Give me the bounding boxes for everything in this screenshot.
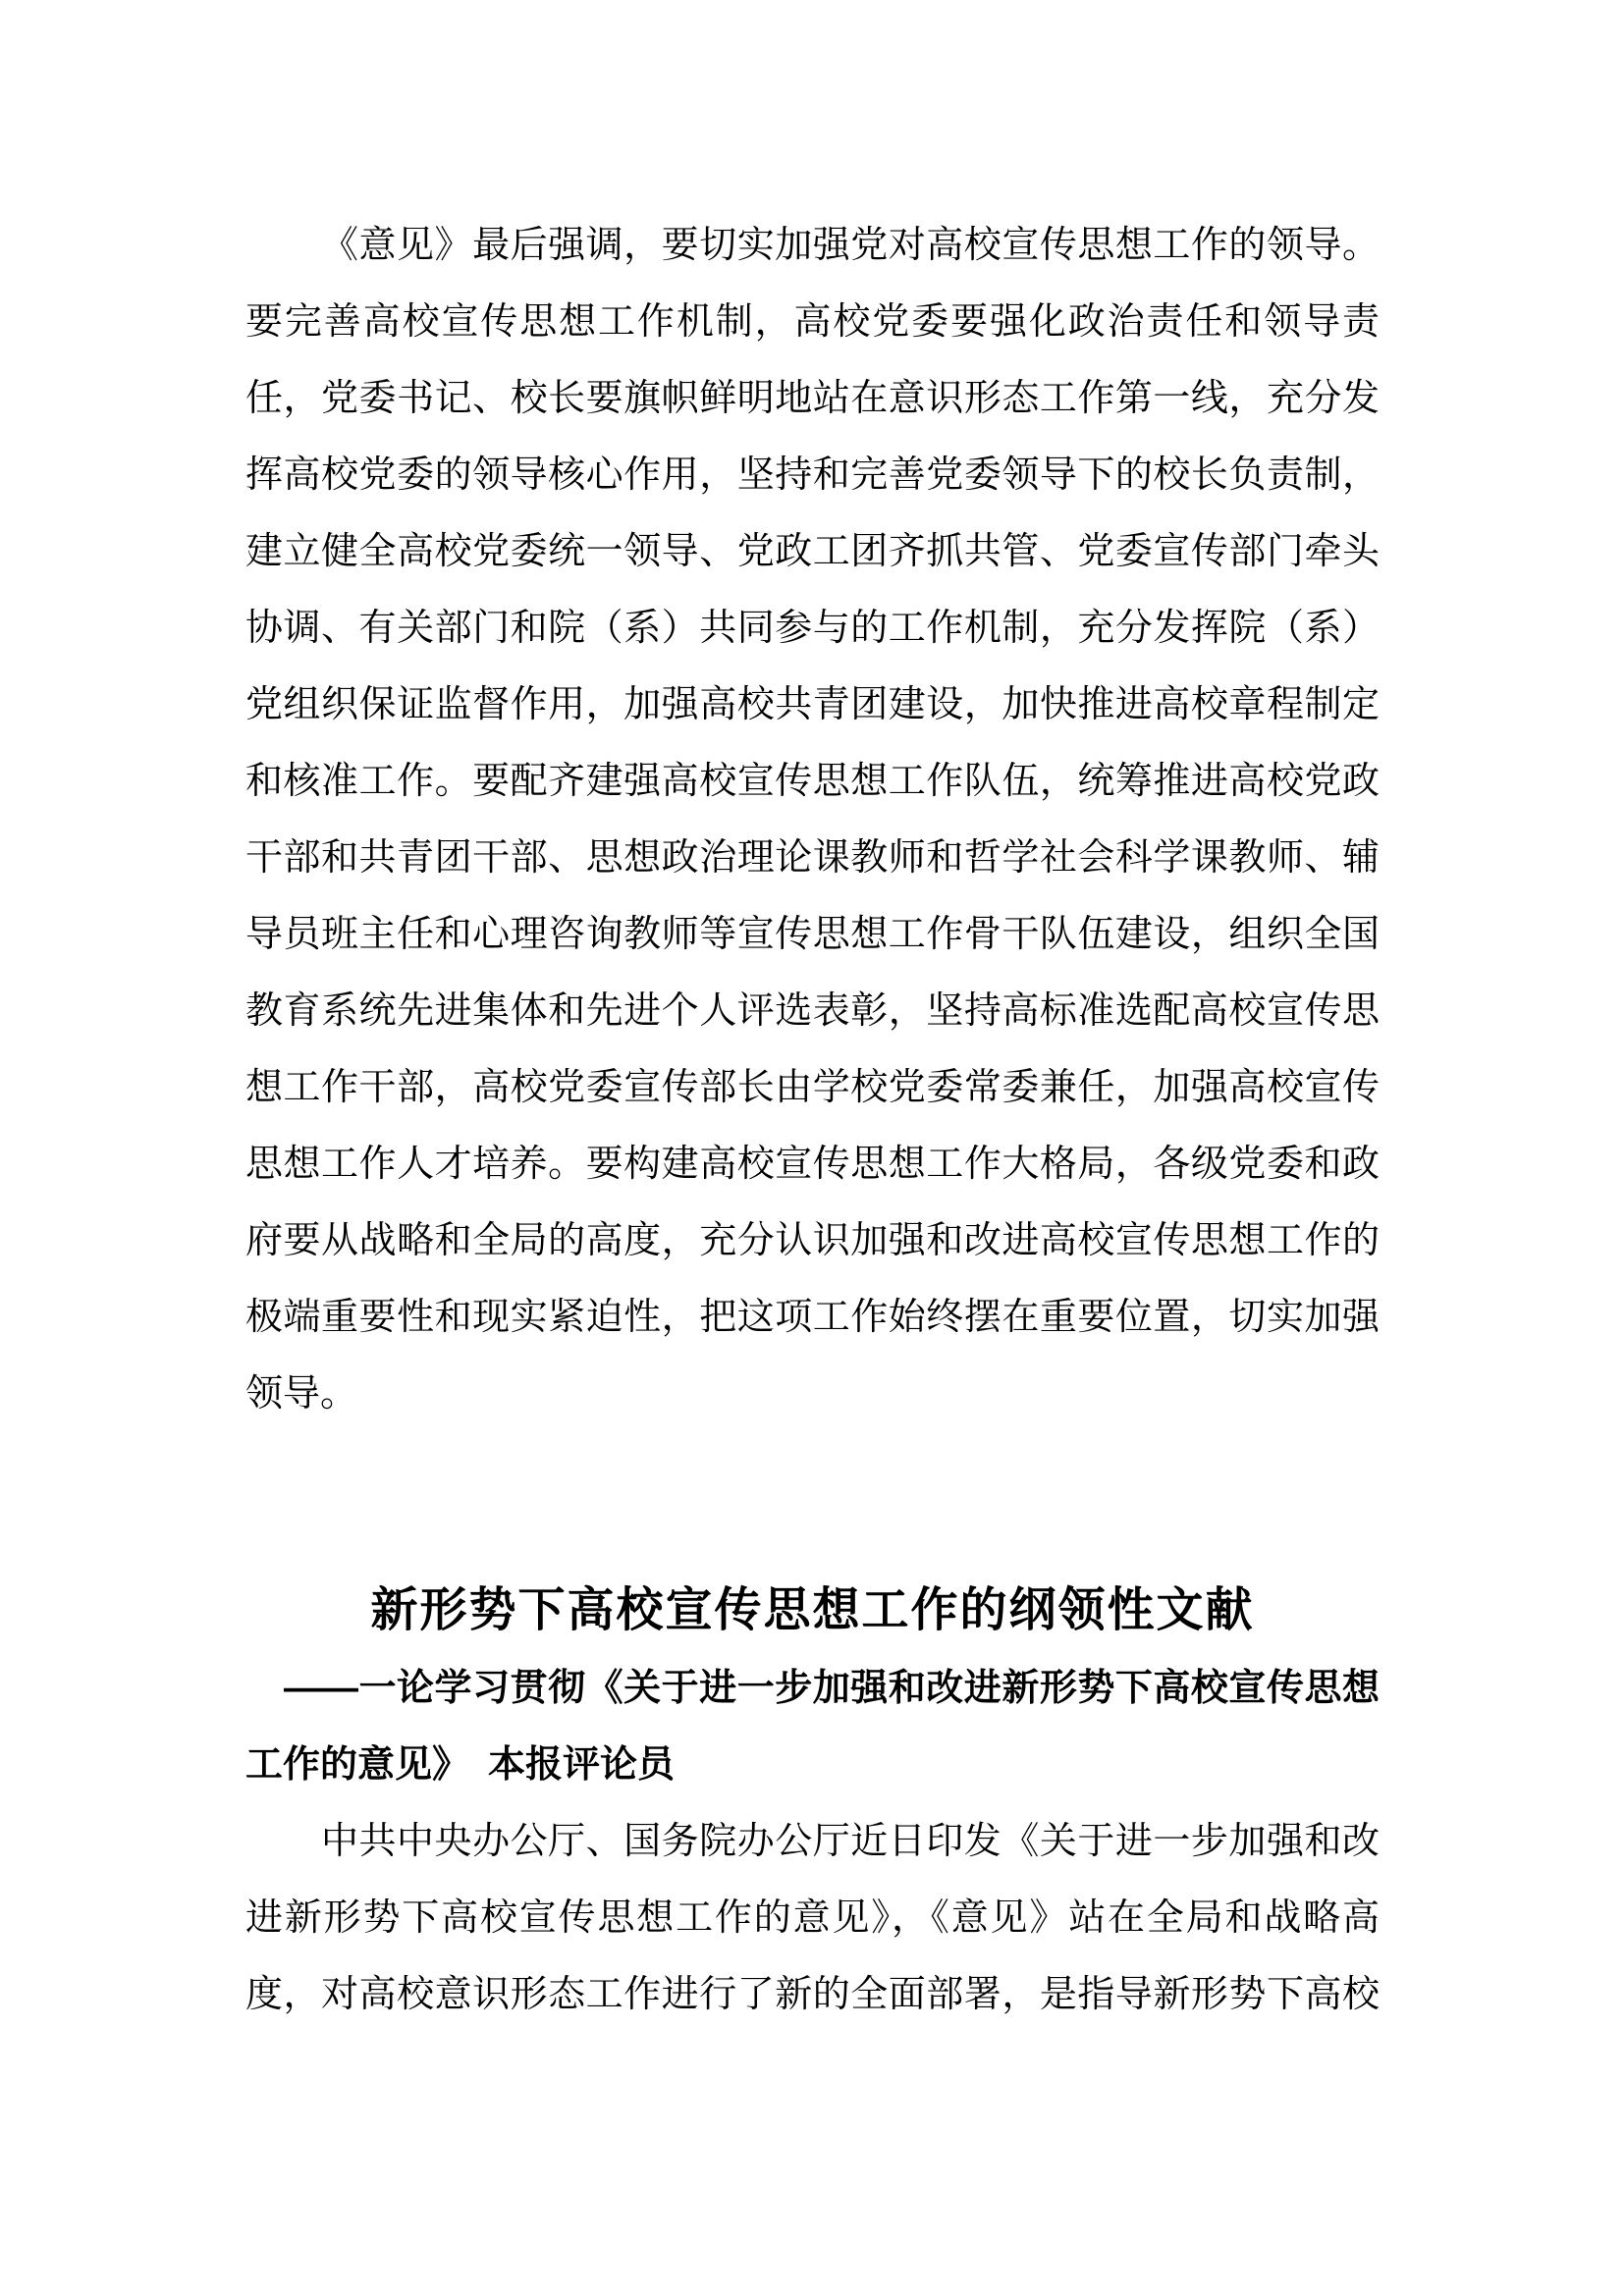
paragraph1-line: 极端重要性和现实紧迫性，把这项工作始终摆在重要位置，切实加强 (245, 1279, 1380, 1356)
paragraph1-line: 要完善高校宣传思想工作机制，高校党委要强化政治责任和领导责 (245, 284, 1380, 360)
paragraph1-line: 思想工作人才培养。要构建高校宣传思想工作大格局，各级党委和政 (245, 1126, 1380, 1202)
paragraph2-line: 中共中央办公厅、国务院办公厅近日印发《关于进一步加强和改 (245, 1803, 1380, 1880)
article-title: 新形势下高校宣传思想工作的纲领性文献 (245, 1572, 1380, 1650)
paragraph2-line: 度，对高校意识形态工作进行了新的全面部署，是指导新形势下高校 (245, 1956, 1380, 2033)
paragraph1-line: 协调、有关部门和院（系）共同参与的工作机制，充分发挥院（系） (245, 590, 1380, 667)
page-content: 《意见》最后强调，要切实加强党对高校宣传思想工作的领导。 要完善高校宣传思想工作… (245, 207, 1380, 2033)
paragraph1-line: 任，党委书记、校长要旗帜鲜明地站在意识形态工作第一线，充分发 (245, 360, 1380, 437)
paragraph1-line: 挥高校党委的领导核心作用，坚持和完善党委领导下的校长负责制， (245, 437, 1380, 513)
paragraph1-line: 和核准工作。要配齐建强高校宣传思想工作队伍，统筹推进高校党政 (245, 743, 1380, 820)
paragraph1-line: 导员班主任和心理咨询教师等宣传思想工作骨干队伍建设，组织全国 (245, 896, 1380, 973)
paragraph1-line: 建立健全高校党委统一领导、党政工团齐抓共管、党委宣传部门牵头 (245, 513, 1380, 590)
paragraph1-line: 干部和共青团干部、思想政治理论课教师和哲学社会科学课教师、辅 (245, 820, 1380, 896)
paragraph1-line: 《意见》最后强调，要切实加强党对高校宣传思想工作的领导。 (245, 207, 1380, 284)
article-subtitle-line: ——一论学习贯彻《关于进一步加强和改进新形势下高校宣传思想 (245, 1650, 1380, 1727)
paragraph1-line: 想工作干部，高校党委宣传部长由学校党委常委兼任，加强高校宣传 (245, 1049, 1380, 1126)
paragraph2-line: 进新形势下高校宣传思想工作的意见》，《意见》站在全局和战略高 (245, 1880, 1380, 1956)
paragraph1-last-line: 领导。 (245, 1356, 1380, 1432)
paragraph1-line: 府要从战略和全局的高度，充分认识加强和改进高校宣传思想工作的 (245, 1202, 1380, 1279)
paragraph1-line: 教育系统先进集体和先进个人评选表彰，坚持高标准选配高校宣传思 (245, 973, 1380, 1049)
document-page: 《意见》最后强调，要切实加强党对高校宣传思想工作的领导。 要完善高校宣传思想工作… (0, 0, 1624, 2296)
paragraph1-line: 党组织保证监督作用，加强高校共青团建设，加快推进高校章程制定 (245, 667, 1380, 743)
article-subtitle-byline: 工作的意见》 本报评论员 (245, 1727, 1380, 1803)
